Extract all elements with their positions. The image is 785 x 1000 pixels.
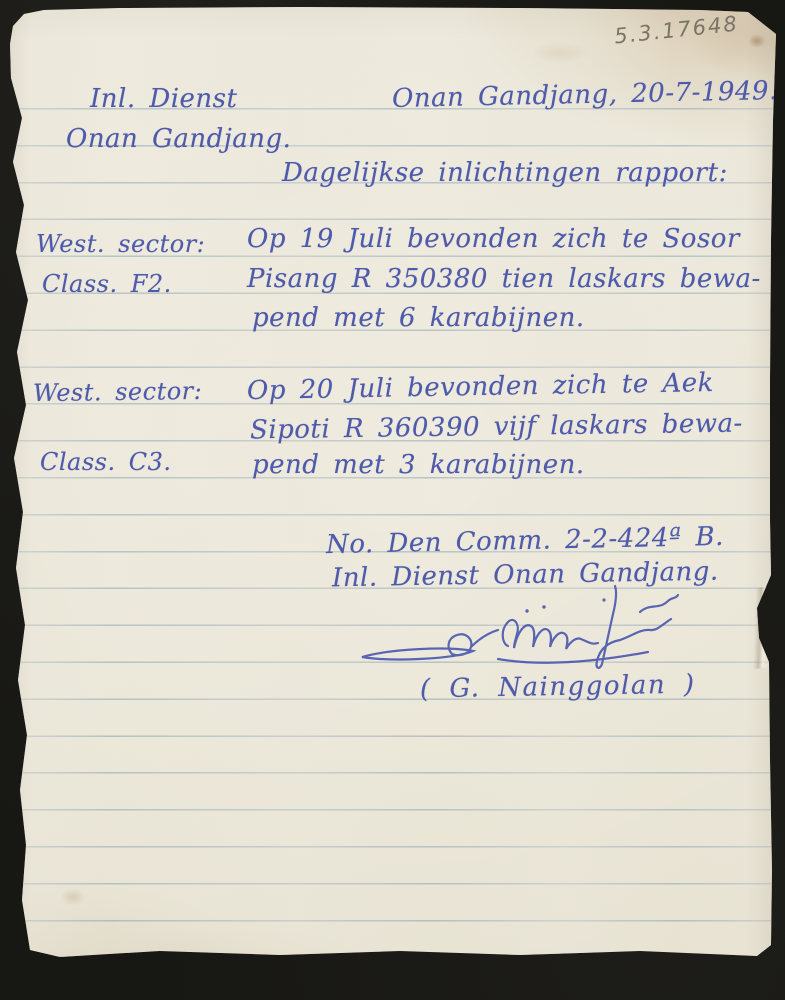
entry-body-line: pend met 6 karabijnen. (252, 303, 585, 333)
paper-stain (748, 34, 766, 48)
entry-classification: Class. C3. (40, 448, 172, 476)
entry-sector: West. sector: (33, 377, 203, 407)
report-title: Dagelijkse inlichtingen rapport: (282, 158, 728, 188)
header-from-place: Onan Gandjang. (66, 124, 291, 154)
paper-stain (530, 42, 590, 64)
entry-classification: Class. F2. (42, 270, 172, 298)
header-office: Inl. Dienst (90, 84, 237, 114)
paper-sheet: 5.3.17648 Inl. Dienst Onan Gandjang, 20-… (0, 0, 785, 1000)
entry-body-line: Op 19 Juli bevonden zich te Sosor (247, 224, 740, 254)
entry-sector: West. sector: (36, 230, 205, 258)
entry-body-line: pend met 3 karabijnen. (252, 450, 585, 480)
signature-name: ( G. Nainggolan ) (420, 670, 696, 705)
paper-stain (60, 888, 86, 906)
entry-body-line: Pisang R 350380 tien laskars bewa- (247, 264, 761, 294)
